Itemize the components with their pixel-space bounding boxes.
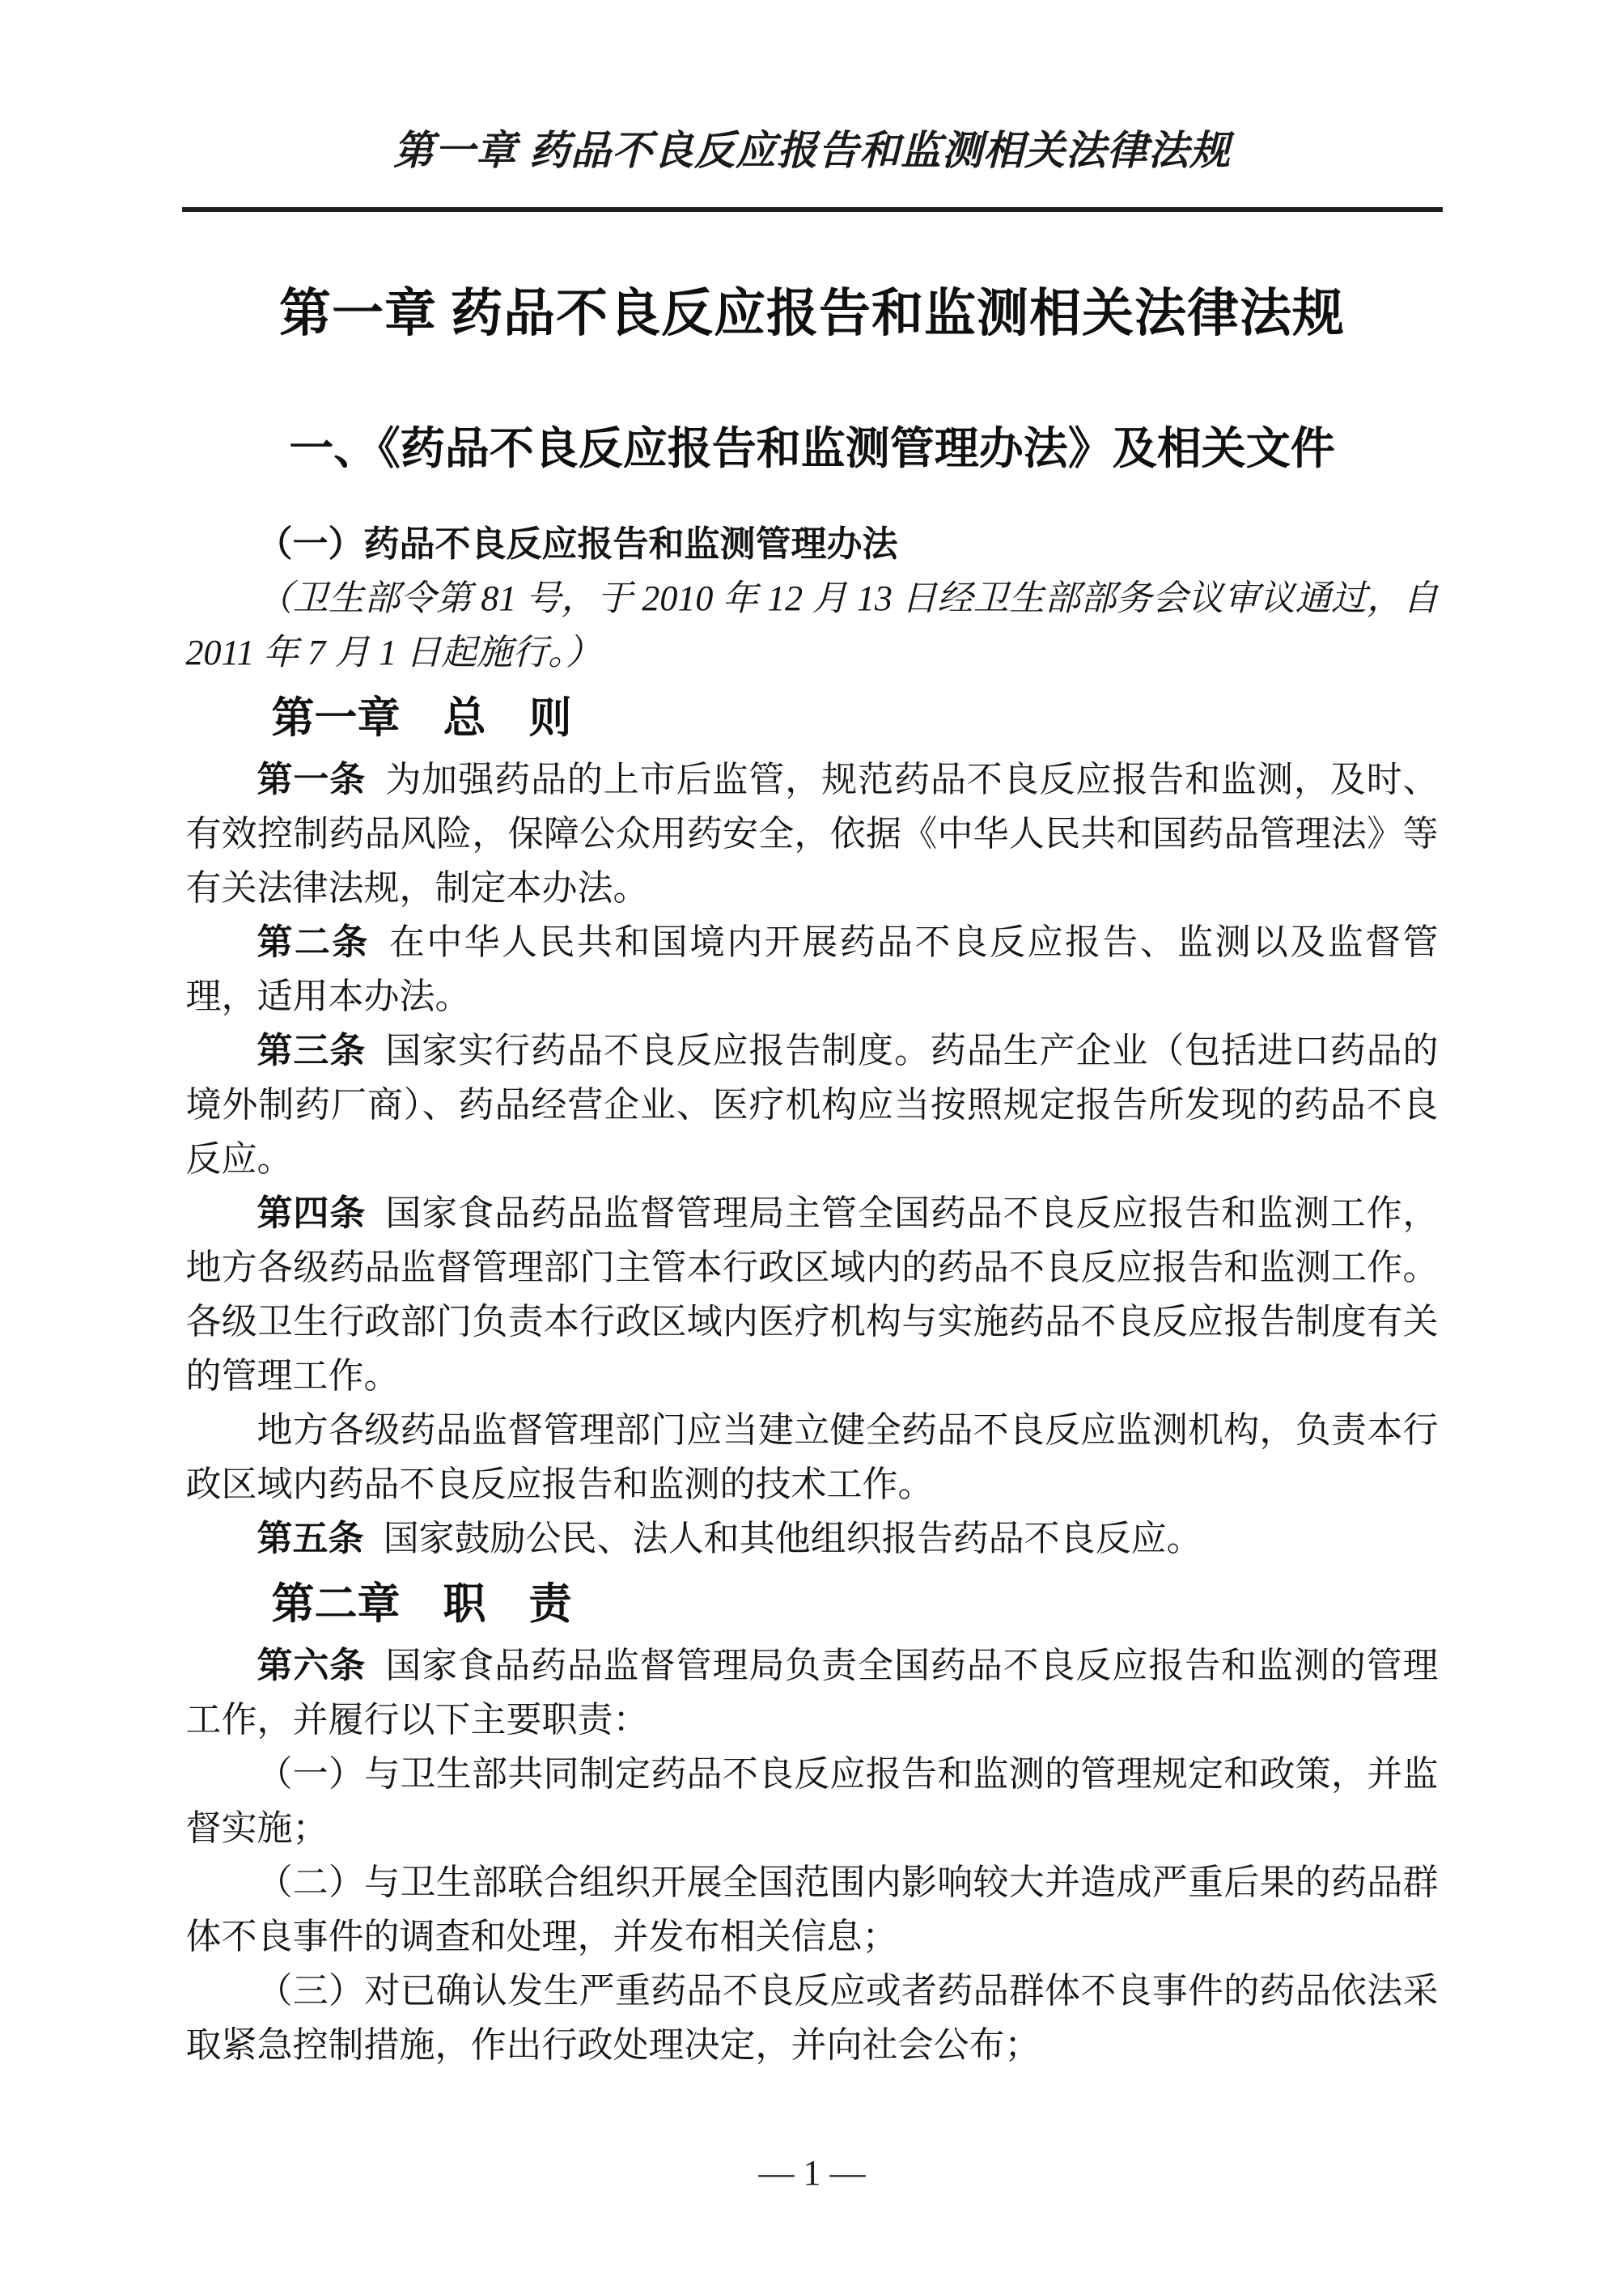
page-number: — 1 — bbox=[759, 2153, 866, 2193]
page-footer: — 1 — bbox=[0, 2152, 1624, 2193]
article-paragraph: 第六条国家食品药品监督管理局负责全国药品不良反应报告和监测的管理工作，并履行以下… bbox=[186, 1638, 1439, 1747]
chapter-heading: 第一章 总 则 bbox=[186, 689, 1439, 748]
section-title: 一、《药品不良反应报告和监测管理办法》及相关文件 bbox=[0, 413, 1624, 477]
running-header: 第一章 药品不良反应报告和监测相关法律法规 bbox=[0, 0, 1624, 175]
article-paragraph: 第三条国家实行药品不良反应报告制度。药品生产企业（包括进口药品的境外制药厂商）、… bbox=[186, 1024, 1439, 1186]
article-number: 第一条 bbox=[257, 760, 367, 799]
article-number: 第六条 bbox=[257, 1646, 367, 1685]
body-paragraph: （一）与卫生部共同制定药品不良反应报告和监测的管理规定和政策，并监督实施； bbox=[186, 1747, 1439, 1855]
page-title: 第一章 药品不良反应报告和监测相关法律法规 bbox=[0, 272, 1624, 346]
header-rule bbox=[182, 207, 1443, 212]
article-number: 第三条 bbox=[257, 1031, 367, 1070]
document-page: 第一章 药品不良反应报告和监测相关法律法规 第一章 药品不良反应报告和监测相关法… bbox=[0, 0, 1624, 2293]
page-header: 第一章 药品不良反应报告和监测相关法律法规 bbox=[0, 0, 1624, 212]
body-paragraph: （二）与卫生部联合组织开展全国范围内影响较大并造成严重后果的药品群体不良事件的调… bbox=[186, 1855, 1439, 1964]
body-paragraph: 地方各级药品监督管理部门应当建立健全药品不良反应监测机构，负责本行政区域内药品不… bbox=[186, 1403, 1439, 1511]
note-paragraph: （卫生部令第 81 号，于 2010 年 12 月 13 日经卫生部部务会议审议… bbox=[186, 571, 1439, 680]
subsection-heading: （一）药品不良反应报告和监测管理办法 bbox=[186, 517, 1439, 571]
body-paragraph: （三）对已确认发生严重药品不良反应或者药品群体不良事件的药品依法采取紧急控制措施… bbox=[186, 1964, 1439, 2072]
article-paragraph: 第一条为加强药品的上市后监管，规范药品不良反应报告和监测，及时、有效控制药品风险… bbox=[186, 752, 1439, 915]
article-paragraph: 第二条在中华人民共和国境内开展药品不良反应报告、监测以及监督管理，适用本办法。 bbox=[186, 915, 1439, 1024]
article-number: 第四条 bbox=[257, 1193, 367, 1233]
chapter-heading: 第二章 职 责 bbox=[186, 1575, 1439, 1634]
article-paragraph: 第五条国家鼓励公民、法人和其他组织报告药品不良反应。 bbox=[186, 1511, 1439, 1566]
article-paragraph: 第四条国家食品药品监督管理局主管全国药品不良反应报告和监测工作，地方各级药品监督… bbox=[186, 1186, 1439, 1403]
document-body: （一）药品不良反应报告和监测管理办法（卫生部令第 81 号，于 2010 年 1… bbox=[186, 517, 1439, 2072]
article-number: 第五条 bbox=[257, 1519, 364, 1558]
article-number: 第二条 bbox=[257, 922, 370, 962]
